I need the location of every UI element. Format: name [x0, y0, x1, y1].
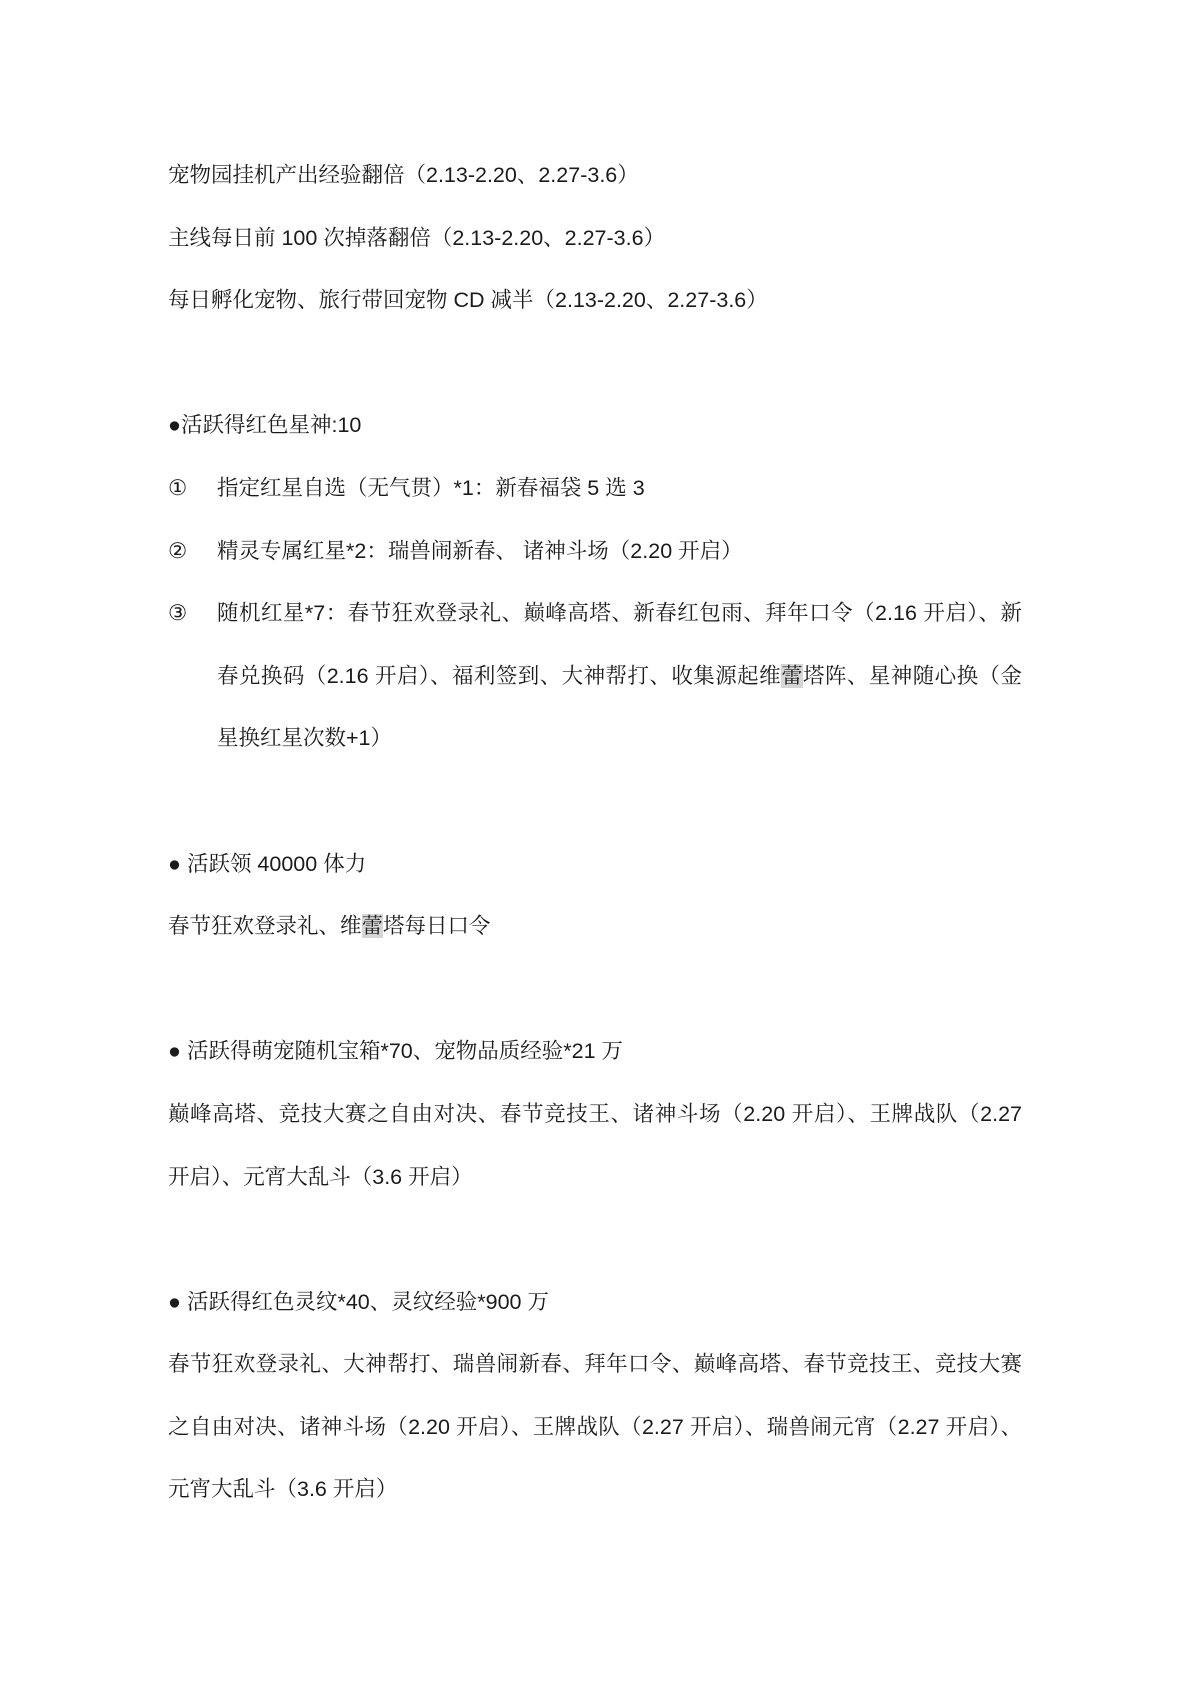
paragraph: ● 活跃得萌宠随机宝箱*70、宠物品质经验*21 万: [168, 1020, 1022, 1083]
paragraph: 春节狂欢登录礼、维蕾塔每日口令: [168, 895, 1022, 958]
paragraph: ● 活跃领 40000 体力: [168, 833, 1022, 896]
list-item-text: 随机红星*7：春节狂欢登录礼、巅峰高塔、新春红包雨、拜年口令（2.16 开启）、…: [217, 582, 1022, 770]
numbered-list-item: ②精灵专属红星*2：瑞兽闹新春、 诸神斗场（2.20 开启）: [168, 520, 1022, 583]
list-item-text: 精灵专属红星*2：瑞兽闹新春、 诸神斗场（2.20 开启）: [217, 520, 1022, 583]
blank-line: [168, 1208, 1022, 1271]
blank-line: [168, 770, 1022, 833]
numbered-list-item: ③随机红星*7：春节狂欢登录礼、巅峰高塔、新春红包雨、拜年口令（2.16 开启）…: [168, 582, 1022, 770]
text-run: ● 活跃领 40000 体力: [168, 852, 366, 876]
text-run: 春节狂欢登录礼、大神帮打、瑞兽闹新春、拜年口令、巅峰高塔、春节竞技王、竞技大赛之…: [168, 1352, 1022, 1501]
list-item-text: 指定红星自选（无气贯）*1：新春福袋 5 选 3: [217, 457, 1022, 520]
text-run: 巅峰高塔、竞技大赛之自由对决、春节竞技王、诸神斗场（2.20 开启）、王牌战队（…: [168, 1102, 1022, 1189]
text-run: 每日孵化宠物、旅行带回宠物 CD 减半（2.13-2.20、2.27-3.6）: [168, 288, 768, 312]
text-run: ● 活跃得红色灵纹*40、灵纹经验*900 万: [168, 1290, 549, 1314]
text-run: 精灵专属红星*2：瑞兽闹新春、 诸神斗场（2.20 开启）: [217, 539, 743, 563]
highlighted-text: 蕾: [781, 664, 803, 688]
document-page: 宠物园挂机产出经验翻倍（2.13-2.20、2.27-3.6）主线每日前 100…: [0, 0, 1190, 1683]
list-number-marker: ③: [168, 582, 217, 770]
blank-line: [168, 958, 1022, 1021]
highlighted-text: 蕾: [362, 914, 384, 938]
text-run: 主线每日前 100 次掉落翻倍（2.13-2.20、2.27-3.6）: [168, 226, 665, 250]
text-run: 宠物园挂机产出经验翻倍（2.13-2.20、2.27-3.6）: [168, 163, 639, 187]
paragraph: 主线每日前 100 次掉落翻倍（2.13-2.20、2.27-3.6）: [168, 207, 1022, 270]
paragraph: ● 活跃得红色灵纹*40、灵纹经验*900 万: [168, 1271, 1022, 1334]
paragraph: ●活跃得红色星神:10: [168, 394, 1022, 457]
blank-line: [168, 332, 1022, 395]
paragraph: 巅峰高塔、竞技大赛之自由对决、春节竞技王、诸神斗场（2.20 开启）、王牌战队（…: [168, 1083, 1022, 1208]
text-run: 塔每日口令: [383, 914, 491, 938]
text-run: ● 活跃得萌宠随机宝箱*70、宠物品质经验*21 万: [168, 1039, 623, 1063]
text-run: ●活跃得红色星神:10: [168, 413, 361, 437]
paragraph: 春节狂欢登录礼、大神帮打、瑞兽闹新春、拜年口令、巅峰高塔、春节竞技王、竞技大赛之…: [168, 1333, 1022, 1521]
numbered-list-item: ①指定红星自选（无气贯）*1：新春福袋 5 选 3: [168, 457, 1022, 520]
paragraph: 每日孵化宠物、旅行带回宠物 CD 减半（2.13-2.20、2.27-3.6）: [168, 269, 1022, 332]
paragraph: 宠物园挂机产出经验翻倍（2.13-2.20、2.27-3.6）: [168, 144, 1022, 207]
text-run: 指定红星自选（无气贯）*1：新春福袋 5 选 3: [217, 476, 645, 500]
text-run: 春节狂欢登录礼、维: [168, 914, 362, 938]
list-number-marker: ①: [168, 457, 217, 520]
list-number-marker: ②: [168, 520, 217, 583]
